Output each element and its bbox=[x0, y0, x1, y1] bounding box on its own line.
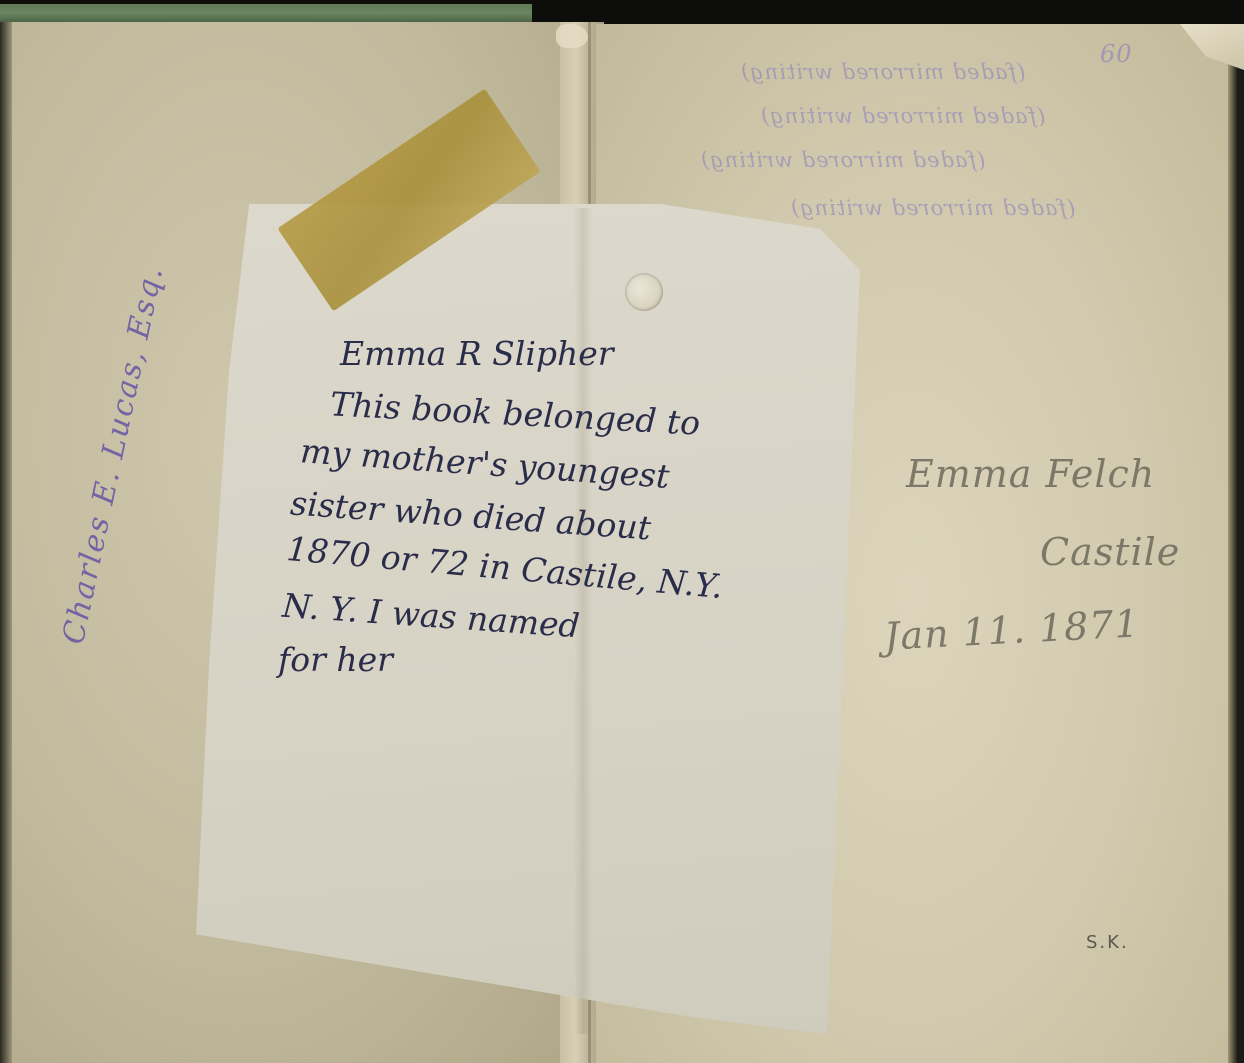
right-cover-edge bbox=[1228, 24, 1244, 1063]
initials-mark: S.K. bbox=[1086, 932, 1129, 953]
punch-hole bbox=[625, 273, 663, 311]
book-endpapers-photo: (faded mirrored writing) (faded mirrored… bbox=[0, 0, 1244, 1063]
bleed-through-line: (faded mirrored writing) bbox=[790, 196, 1075, 220]
bleed-through-line: (faded mirrored writing) bbox=[700, 148, 985, 172]
pencil-name: Emma Felch bbox=[906, 452, 1155, 496]
left-edge-shadow bbox=[0, 22, 12, 1063]
note-line-signature: Emma R Slipher bbox=[340, 330, 614, 378]
bleed-through-line: (faded mirrored writing) bbox=[740, 60, 1025, 84]
note-line: for her bbox=[278, 636, 393, 684]
page-number-mark: 60 bbox=[1100, 40, 1133, 68]
bleed-through-line: (faded mirrored writing) bbox=[760, 104, 1045, 128]
green-cloth-binding bbox=[0, 4, 532, 22]
torn-spine-paper bbox=[556, 24, 588, 48]
pencil-place: Castile bbox=[1040, 530, 1180, 574]
